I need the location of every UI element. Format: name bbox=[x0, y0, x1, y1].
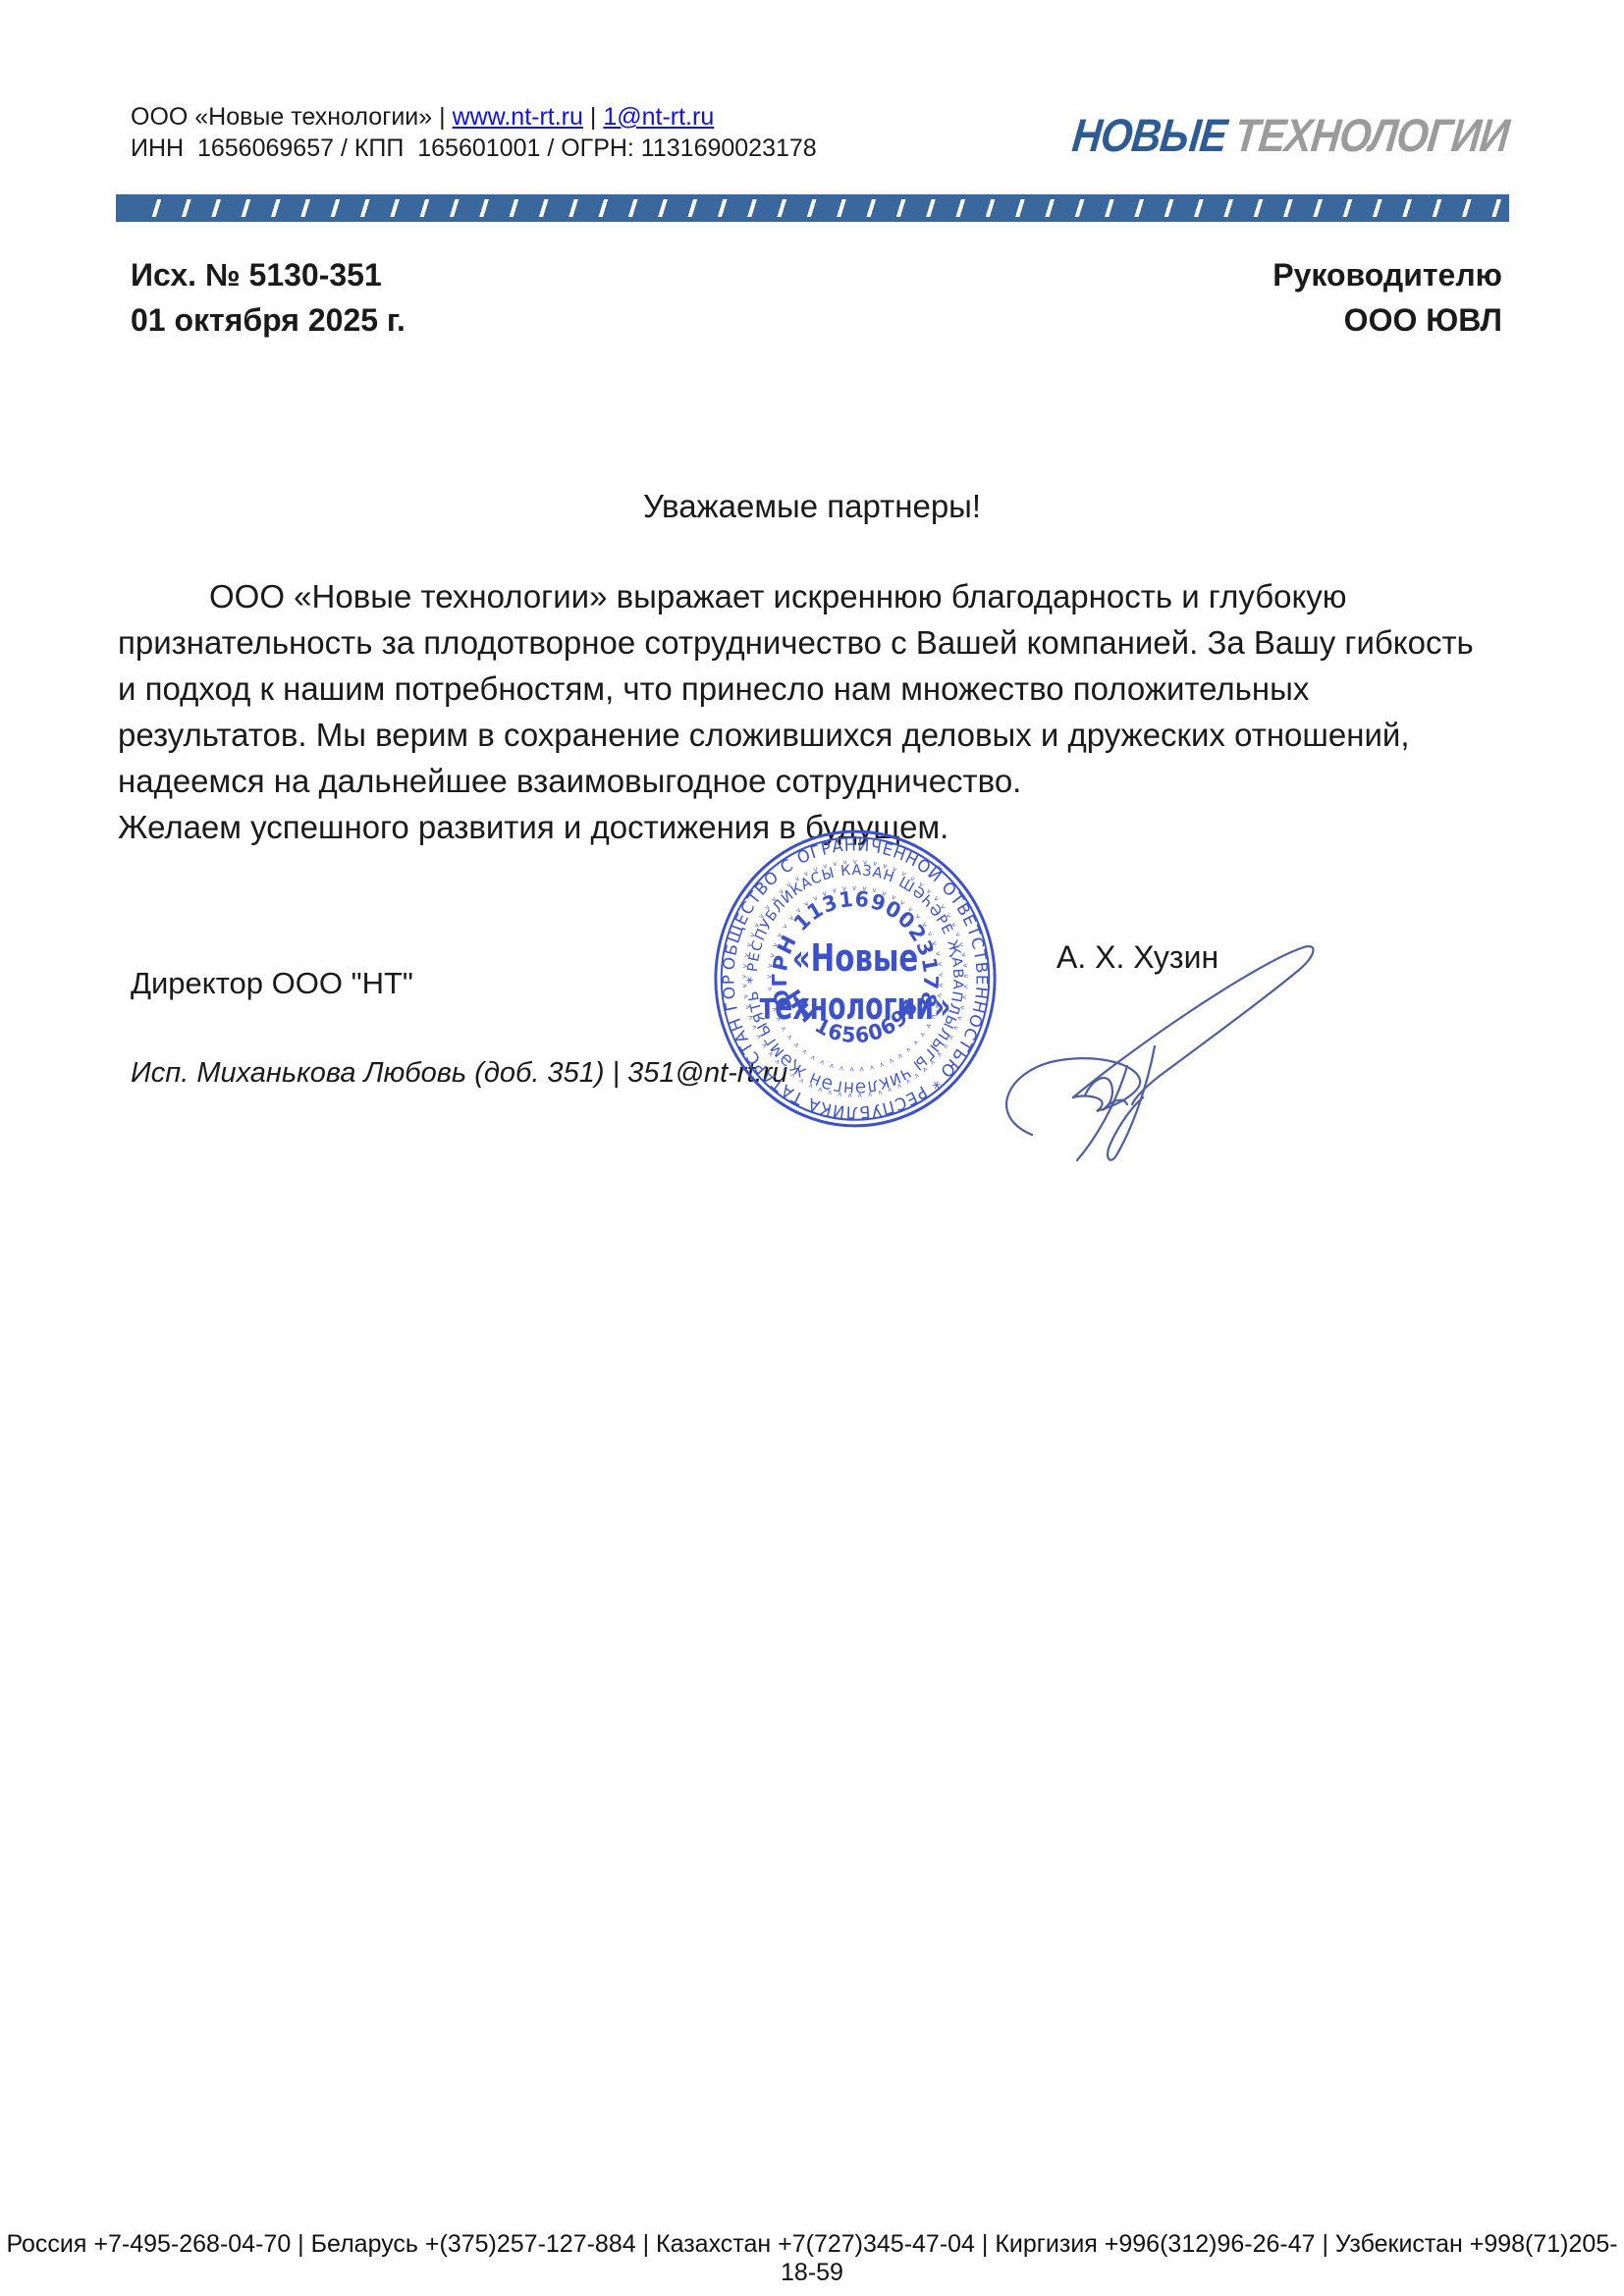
director-title: Директор ООО "НТ" bbox=[131, 966, 413, 1001]
recipient-title: Руководителю bbox=[1272, 252, 1502, 297]
slash-stripes bbox=[132, 199, 1501, 217]
ref-block: Исх. № 5130-351 01 октября 2025 г. bbox=[131, 252, 406, 343]
header-contact-block: ООО «Новые технологии» | www.nt-rt.ru | … bbox=[131, 101, 817, 164]
company-ids: ИНН 1656069657 / КПП 165601001 / ОГРН: 1… bbox=[131, 134, 817, 162]
website-link[interactable]: www.nt-rt.ru bbox=[453, 103, 583, 131]
decorative-slash-band bbox=[116, 194, 1509, 222]
body-line: признательность за плодотворное сотрудни… bbox=[118, 619, 1512, 666]
separator: | bbox=[439, 103, 446, 131]
body-line: ООО «Новые технологии» выражает искренню… bbox=[118, 573, 1512, 619]
salutation: Уважаемые партнеры! bbox=[0, 488, 1624, 525]
separator: | bbox=[590, 103, 597, 131]
company-stamp: ОБЩЕСТВО С ОГРАНИЧЕННОЙ ОТВЕТСТВЕННОСТЬЮ… bbox=[712, 828, 999, 1130]
handwritten-signature bbox=[967, 911, 1330, 1176]
footer-phones: Россия +7-495-268-04-70 | Беларусь +(375… bbox=[0, 2230, 1624, 2287]
stamp-center-line1: «Новые bbox=[792, 936, 918, 980]
letter-body: ООО «Новые технологии» выражает искренню… bbox=[118, 573, 1512, 850]
body-line: результатов. Мы верим в сохранение сложи… bbox=[118, 712, 1512, 758]
letter-page: ООО «Новые технологии» | www.nt-rt.ru | … bbox=[0, 0, 1624, 2296]
email-link[interactable]: 1@nt-rt.ru bbox=[603, 103, 714, 131]
body-line: и подход к нашим потребностям, что прине… bbox=[118, 666, 1512, 712]
stamp-center-line2: технологии» bbox=[760, 985, 951, 1028]
body-line: надеемся на дальнейшее взаимовыгодное со… bbox=[118, 758, 1512, 804]
ref-number: Исх. № 5130-351 bbox=[131, 252, 406, 297]
executor-line: Исп. Миханькова Любовь (доб. 351) | 351@… bbox=[131, 1057, 787, 1090]
ref-date: 01 октября 2025 г. bbox=[131, 297, 406, 343]
logo-word-novye: НОВЫЕ bbox=[1069, 109, 1228, 161]
logo-word-tekhnologii: ТЕХНОЛОГИИ bbox=[1232, 109, 1511, 161]
recipient-company: ООО ЮВЛ bbox=[1272, 297, 1502, 343]
recipient-block: Руководителю ООО ЮВЛ bbox=[1272, 252, 1502, 343]
company-logo: НОВЫЕТЕХНОЛОГИИ bbox=[1069, 108, 1511, 162]
company-name: ООО «Новые технологии» bbox=[131, 103, 432, 131]
